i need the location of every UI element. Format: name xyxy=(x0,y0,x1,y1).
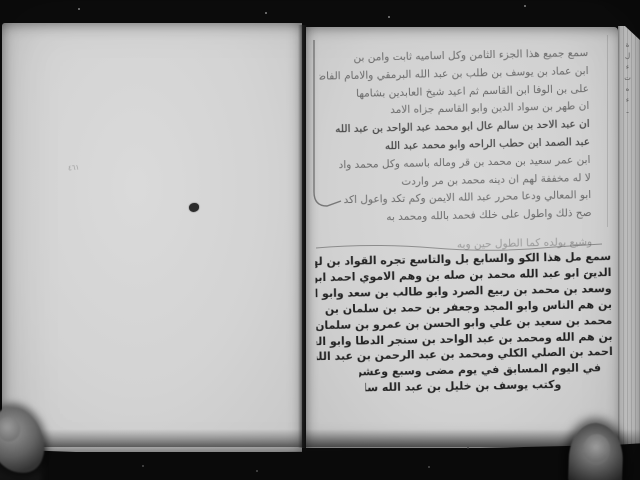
fore-edge-mark: ء xyxy=(621,95,634,106)
fore-edge-mark: ت xyxy=(621,73,634,84)
manuscript-line: وكتب يوسف بن خليل بن عبد الله سامحه شيخ xyxy=(365,377,561,396)
margin-collation-mark: ـ ـ xyxy=(585,267,593,277)
manuscript-photo: ٤٦١ سمع جميع هذا الجزء الثامن وكل اساميه… xyxy=(0,0,640,480)
dust-speck xyxy=(265,12,267,14)
dust-speck xyxy=(524,5,526,7)
dust-speck xyxy=(428,466,430,468)
ink-blot xyxy=(189,203,199,212)
page-bottom-shadow xyxy=(0,429,640,447)
fore-edge-mark: ء xyxy=(621,62,634,73)
dust-speck xyxy=(142,465,144,467)
left-page: ٤٦١ xyxy=(2,23,302,452)
lower-text-block: سمع مل هذا الكو والسابع بل والتاسع تجره … xyxy=(315,249,613,397)
right-margin-rule xyxy=(607,35,608,227)
faint-margin-mark: ٤٦١ xyxy=(68,163,80,172)
fore-edge-mark: ة xyxy=(621,40,634,51)
dust-speck xyxy=(388,16,390,18)
fore-edge-mark: ل xyxy=(621,51,634,62)
fore-edge-marks: ةلءتهءـ xyxy=(621,40,634,117)
upper-text-block: سمع جميع هذا الجزء الثامن وكل اساميه ثاب… xyxy=(319,45,592,257)
fore-edge-mark: ـ xyxy=(621,106,634,117)
left-thumb-nail xyxy=(0,414,23,444)
dust-speck xyxy=(467,447,469,449)
book-fore-edge: ةلءتهءـ xyxy=(618,26,640,452)
fore-edge-mark: ه xyxy=(621,84,634,95)
dust-speck xyxy=(256,470,258,472)
right-thumb-nail xyxy=(583,434,611,466)
right-page: سمع جميع هذا الجزء الثامن وكل اساميه ثاب… xyxy=(306,27,618,448)
dust-speck xyxy=(78,8,80,10)
